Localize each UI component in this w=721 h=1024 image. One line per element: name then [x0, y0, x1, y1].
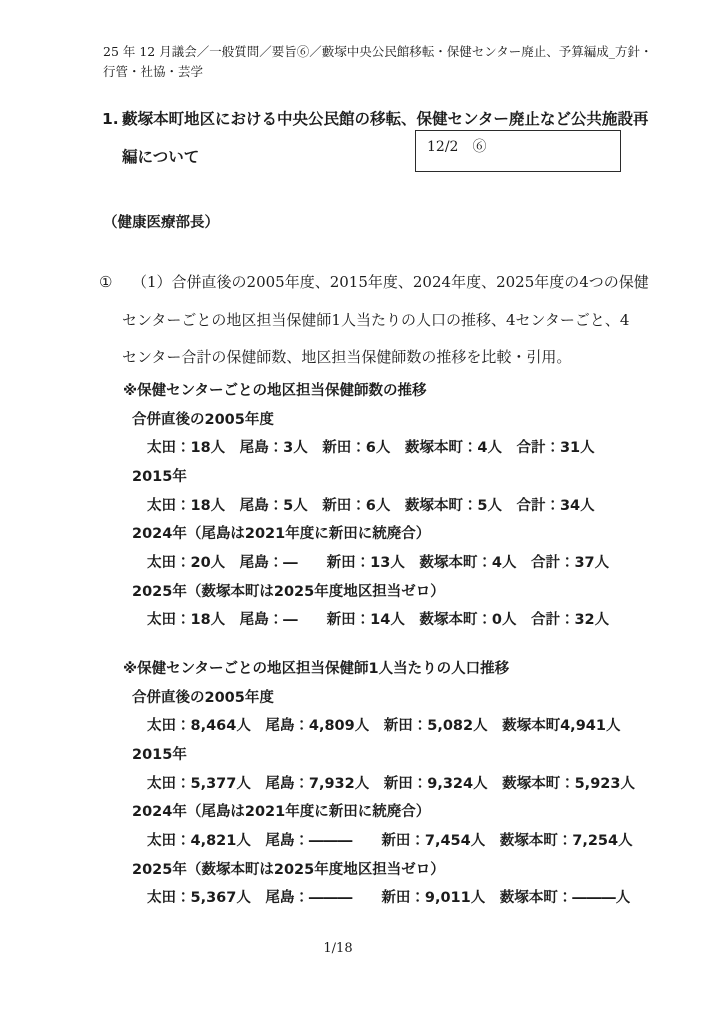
question-line-2: センターごとの地区担当保健師1人当たりの人口の推移、4センターごと、4: [99, 302, 649, 340]
section-row: 2015年: [123, 463, 609, 492]
section-row: 2024年（尾島は2021年度に新田に統廃合）: [123, 520, 609, 549]
question-marker: ①: [99, 264, 112, 302]
question-line-3: センター合計の保健師数、地区担当保健師数の推移を比較・引用。: [99, 339, 649, 377]
section-row: 太田：18人 尾島：5人 新田：6人 薮塚本町：5人 合計：34人: [123, 492, 609, 521]
section-row: 太田：18人 尾島：3人 新田：6人 薮塚本町：4人 合計：31人: [123, 434, 609, 463]
section-row: 太田：8,464人 尾島：4,809人 新田：5,082人 薮塚本町4,941人: [123, 712, 635, 741]
date-note-box: 12/2 ⑥: [415, 130, 621, 172]
section-row: 2024年（尾島は2021年度に新田に統廃合）: [123, 798, 635, 827]
section-row: 2025年（薮塚本町は2025年度地区担当ゼロ）: [123, 856, 635, 885]
title-line-2: 編について: [122, 148, 199, 166]
date-note-text: 12/2 ⑥: [427, 139, 486, 155]
page-number: 1/18: [0, 941, 676, 956]
question-line-1: （1）合併直後の2005年度、2015年度、2024年度、2025年度の4つの保…: [99, 264, 649, 302]
section-row: 太田：18人 尾島：― 新田：14人 薮塚本町：0人 合計：32人: [123, 606, 609, 635]
section-row: 太田：20人 尾島：― 新田：13人 薮塚本町：4人 合計：37人: [123, 549, 609, 578]
document-page: 25 年 12 月議会／一般質問／要旨⑥／藪塚中央公民館移転・保健センター廃止、…: [0, 0, 721, 1024]
section-row: 太田：5,377人 尾島：7,932人 新田：9,324人 薮塚本町：5,923…: [123, 770, 635, 799]
section-row: 合併直後の2005年度: [123, 684, 635, 713]
speaker-heading: （健康医療部長）: [103, 211, 219, 232]
title-number: 1.: [102, 100, 122, 138]
section-row: 太田：5,367人 尾島：――― 新田：9,011人 薮塚本町：―――人: [123, 884, 635, 913]
section-row: 2015年: [123, 741, 635, 770]
title-line-1: 藪塚本町地区における中央公民館の移転、保健センター廃止など公共施設再: [122, 110, 648, 128]
header-line-1: 25 年 12 月議会／一般質問／要旨⑥／藪塚中央公民館移転・保健センター廃止、…: [103, 42, 652, 62]
section-title: ※保健センターごとの地区担当保健師1人当たりの人口推移: [123, 655, 635, 684]
document-header: 25 年 12 月議会／一般質問／要旨⑥／藪塚中央公民館移転・保健センター廃止、…: [103, 42, 652, 82]
section-row: 太田：4,821人 尾島：――― 新田：7,454人 薮塚本町：7,254人: [123, 827, 635, 856]
section-row: 2025年（薮塚本町は2025年度地区担当ゼロ）: [123, 578, 609, 607]
population-per-nurse-section: ※保健センターごとの地区担当保健師1人当たりの人口推移 合併直後の2005年度 …: [123, 655, 635, 913]
question-item: ① （1）合併直後の2005年度、2015年度、2024年度、2025年度の4つ…: [99, 264, 649, 377]
nurse-count-section: ※保健センターごとの地区担当保健師数の推移 合併直後の2005年度 太田：18人…: [123, 377, 609, 635]
section-title: ※保健センターごとの地区担当保健師数の推移: [123, 377, 609, 406]
section-row: 合併直後の2005年度: [123, 406, 609, 435]
header-line-2: 行管・社協・芸学: [103, 62, 652, 82]
